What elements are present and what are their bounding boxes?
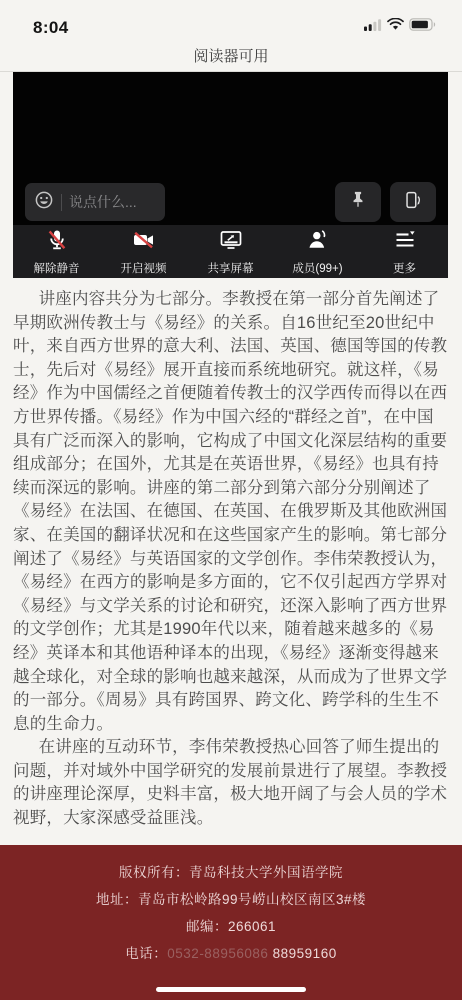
- microphone-muted-icon: [44, 227, 70, 258]
- meeting-video-player[interactable]: 解除静音 开启视频 共享屏幕 成员(99+) 更多: [13, 72, 448, 278]
- pin-icon: [347, 189, 369, 216]
- more-icon: [392, 227, 418, 258]
- share-screen-button[interactable]: 共享屏幕: [187, 225, 274, 278]
- more-button[interactable]: 更多: [361, 225, 448, 278]
- chat-message-input[interactable]: [69, 194, 156, 210]
- cellular-signal-icon: [364, 18, 382, 36]
- article-paragraph: 讲座内容共分为七部分。李教授在第一部分首先阐述了早期欧洲传教士与《易经》的关系。…: [13, 288, 449, 736]
- copyright-line: 版权所有：青岛科技大学外国语学院: [0, 859, 462, 886]
- phone-label: 电话：: [125, 946, 167, 961]
- start-video-label: 开启视频: [121, 260, 167, 276]
- screen-share-icon: [218, 227, 244, 258]
- article-body: 讲座内容共分为七部分。李教授在第一部分首先阐述了早期欧洲传教士与《易经》的关系。…: [0, 278, 462, 831]
- reader-available-label: 阅读器可用: [193, 45, 268, 66]
- phone-line: 电话：0532-88956086 88959160: [0, 940, 462, 967]
- share-screen-label: 共享屏幕: [208, 260, 254, 276]
- phone-link-primary[interactable]: 0532-88956086: [167, 946, 268, 961]
- comment-row: [25, 182, 436, 222]
- members-label: 成员(99+): [292, 260, 342, 276]
- pin-button[interactable]: [335, 182, 381, 222]
- rotate-screen-button[interactable]: [390, 182, 436, 222]
- start-video-button[interactable]: 开启视频: [100, 225, 187, 278]
- clock: 8:04: [33, 18, 69, 38]
- members-button[interactable]: 成员(99+): [274, 225, 361, 278]
- meeting-toolbar: 解除静音 开启视频 共享屏幕 成员(99+) 更多: [13, 225, 448, 278]
- home-indicator[interactable]: [156, 987, 306, 992]
- battery-icon: [409, 18, 436, 36]
- members-icon: [305, 227, 331, 258]
- article-paragraph: 在讲座的互动环节，李伟荣教授热心回答了师生提出的问题，并对域外中国学研究的发展前…: [13, 736, 449, 830]
- unmute-label: 解除静音: [34, 260, 80, 276]
- page-footer: 版权所有：青岛科技大学外国语学院 地址：青岛市松岭路99号崂山校区南区3#楼 邮…: [0, 845, 462, 1000]
- rotate-screen-icon: [402, 189, 424, 216]
- comment-input-box[interactable]: [25, 183, 165, 221]
- status-bar: 8:04: [0, 0, 462, 40]
- input-divider: [61, 194, 62, 211]
- wifi-icon: [387, 18, 404, 36]
- phone-link-secondary[interactable]: 88959160: [273, 946, 337, 961]
- address-line: 地址：青岛市松岭路99号崂山校区南区3#楼: [0, 886, 462, 913]
- more-label: 更多: [393, 260, 416, 276]
- camera-off-icon: [131, 227, 157, 258]
- status-icons: [364, 18, 436, 38]
- reader-available-bar[interactable]: 阅读器可用: [0, 40, 462, 72]
- postcode-line: 邮编：266061: [0, 913, 462, 940]
- emoji-icon[interactable]: [34, 190, 54, 215]
- unmute-button[interactable]: 解除静音: [13, 225, 100, 278]
